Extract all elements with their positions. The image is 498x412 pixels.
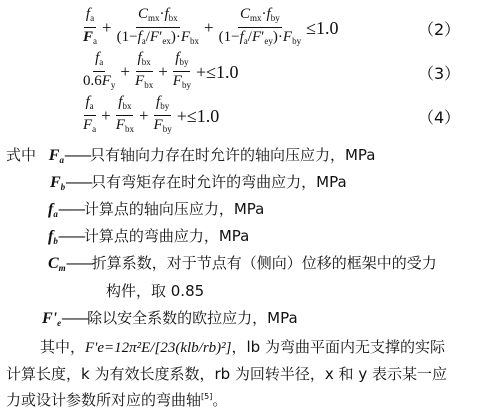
equation-4: fa Fa + fbx Fbx + fby Fby +≤1.0 （4） [0, 96, 498, 136]
fraction-cmx-term: Cmx·fbx (1−fa/F′ex)·Fbx [115, 6, 201, 50]
fraction-fa-Fa: fa Fa [81, 94, 98, 138]
definition-fb: fb——计算点的弯曲应力，MPa [48, 225, 249, 246]
paragraph-line-3: 力或设计参数所对应的弯曲轴[5]。 [6, 389, 227, 410]
citation: [5] [201, 392, 212, 401]
rhs: +≤1.0 [196, 62, 239, 83]
euler-formula: F'e=12π²E/[23(klb/rb)²] [85, 340, 231, 356]
equation-number: （3） [418, 61, 460, 84]
equation-3: fa 0.6Fy + fbx Fbx + fby Fby +≤1.0 （3） [0, 52, 498, 92]
definition-fa: fa——计算点的轴向压应力，MPa [48, 198, 264, 219]
fraction-cmy-term: Cmx·fby (1−fa/F′ey)·Fby [217, 6, 303, 50]
fraction-fby: fby Fby [152, 94, 174, 138]
paragraph-line-2: 计算长度，k 为有效长度系数，rb 为回转半径，x 和 y 表示某一应 [6, 363, 447, 384]
equation-number: （2） [418, 17, 460, 40]
fraction-fbx: fbx Fbx [114, 94, 136, 138]
definition-Cm: Cm——折算系数，对于节点有（侧向）位移的框架中的受力 [48, 252, 437, 273]
fraction-fa-Fa: fa Fa [81, 6, 99, 50]
definition-Cm-continuation: 构件，取 0.85 [106, 280, 204, 301]
equation-number: （4） [418, 105, 460, 128]
paragraph-line-1: 其中，F'e=12π²E/[23(klb/rb)²]，lb 为弯曲平面内无支撑的… [40, 336, 445, 357]
rhs: +≤1.0 [177, 106, 220, 127]
rhs: ≤1.0 [306, 18, 338, 39]
fraction-fbx: fbx Fbx [133, 50, 155, 94]
where-label: 式中 [6, 146, 36, 164]
fraction-fa-06Fy: fa 0.6Fy [81, 50, 117, 94]
definition-Fa: 式中 Fa——只有轴向力存在时允许的轴向压应力，MPa [6, 144, 375, 165]
equation-2: fa Fa + Cmx·fbx (1−fa/F′ex)·Fbx + Cmx·fb… [0, 6, 498, 50]
fraction-fby: fby Fby [171, 50, 193, 94]
definition-Fb: Fb——只有弯矩存在时允许的弯曲应力，MPa [50, 171, 347, 192]
definition-Fe: F'e——除以安全系数的欧拉应力，MPa [42, 307, 298, 328]
